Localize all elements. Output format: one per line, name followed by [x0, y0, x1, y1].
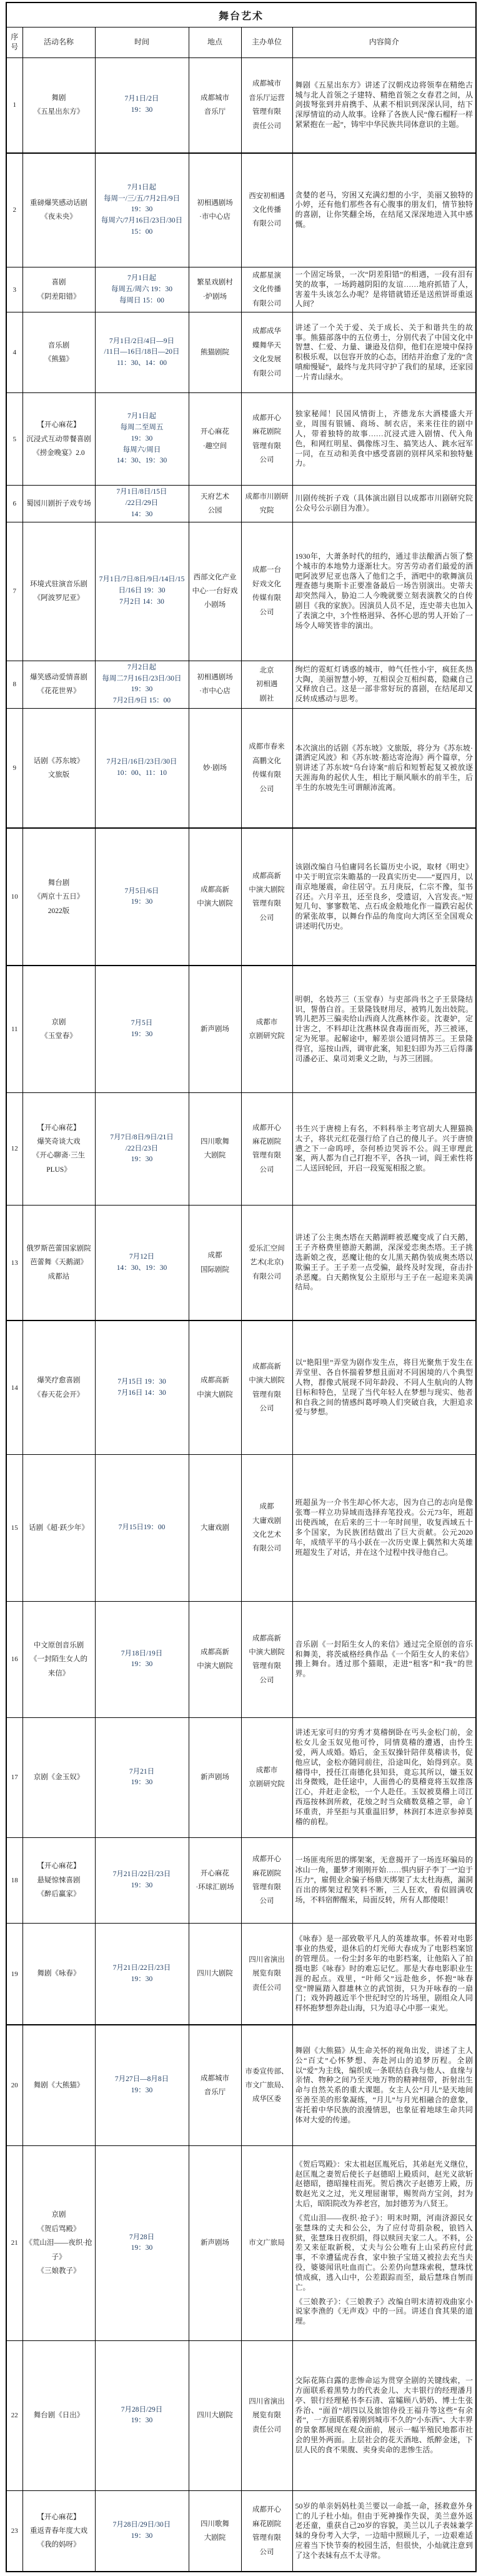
time-cell: 7月28日 19：30: [95, 2145, 189, 2340]
summary-cell: 《贺后骂殿》：宋太祖赵匡胤死后，其弟赵光义继位，赵匡胤之妻贺后使长子赵德昭上殿质…: [292, 2145, 476, 2340]
table-row: 22舞台剧《日出》7月28日/29日 19：30四川大剧院四川省演出 展览有限 …: [6, 2340, 476, 2490]
summary-cell: 川剧传统折子戏（具体演出剧目以成都市川剧研究院公众号公示剧目为准）。: [292, 486, 476, 522]
organizer-cell: 成都市春来 高鹏文化 传媒有限 公司: [241, 708, 292, 828]
organizer-cell: 成都成华 蝶舞华天 文化发展 有限公司: [241, 312, 292, 393]
activity-name-cell: 蜀园川剧折子戏专场: [22, 486, 95, 522]
organizer-cell: 成都高新 中演大剧院 管理有限 公司: [241, 1601, 292, 1717]
time-cell: 7月18日/19日 19：30: [95, 1601, 189, 1717]
summary-paragraph: 舞剧《五星出东方》讲述了汉朝戍边将领奉在精绝古城与北人首领之子建特、精绝首领之女…: [295, 81, 474, 130]
summary-paragraph: 以“艳阳里”弄堂为剧作发生点，将目光聚焦于发生在弄堂里、各自怀揣着梦想且面对不同…: [295, 1358, 474, 1417]
venue-cell: 成都 国际剧院: [189, 1205, 241, 1320]
organizer-cell: 成都市 京剧研究院: [241, 966, 292, 1092]
row-no-cell: 18: [6, 1837, 22, 1923]
activity-name-cell: 舞剧 《五星出东方》: [22, 58, 95, 153]
row-no-cell: 6: [6, 486, 22, 522]
organizer-cell: 成都开心 麻花剧院 管理有限 公司: [241, 1092, 292, 1205]
activity-name-cell: 爆笑感动爱情喜剧 《花花世界》: [22, 661, 95, 708]
table-row: 13俄罗斯芭蕾国家剧院 芭蕾舞《天鹅湖》 成都站7月12日 14：30、19：3…: [6, 1205, 476, 1320]
row-no-cell: 16: [6, 1601, 22, 1717]
summary-cell: 书生兴于唐榜上有名，不料科举主考官胡大人狸猫换太子，将状元红花强行给了自己的傻儿…: [292, 1092, 476, 1205]
column-header-name: 活动名称: [22, 27, 95, 58]
table-row: 6蜀园川剧折子戏专场7月1日/8日/15日 /22日/29日 14：30天府艺术…: [6, 486, 476, 522]
row-no-cell: 11: [6, 966, 22, 1092]
venue-cell: 初相遇剧场 ·市中心店: [189, 153, 241, 267]
venue-cell: 新声剧场: [189, 1717, 241, 1837]
summary-cell: 《咏春》是一部致敬平凡人的英雄故事。怀着对电影事业的热爱，退休后的灯光师大春成为…: [292, 1923, 476, 2025]
venue-cell: 天府艺术 公园: [189, 486, 241, 522]
row-no-cell: 22: [6, 2340, 22, 2490]
time-cell: 7月15日 19：30 7月16日 14：30: [95, 1320, 189, 1454]
venue-cell: 成都高新 中演大剧院: [189, 828, 241, 966]
table-row: 11京剧 《玉堂春》7月5日 19：30新声剧场成都市 京剧研究院明朝，名妓苏三…: [6, 966, 476, 1092]
activity-name-cell: 音乐剧 《熊猫》: [22, 312, 95, 393]
organizer-cell: 四川省演出 展览有限 责任公司: [241, 1923, 292, 2025]
organizer-cell: 成都城市 音乐厅运营 管理有限 责任公司: [241, 58, 292, 153]
organizer-cell: 成都一台 好戏文化 传媒有限 公司: [241, 522, 292, 661]
summary-paragraph: 一场匪夷所思的绑架案，无意揭开了一场连环骗局的冰山一角，噩梦才刚刚开始……惧内厨…: [295, 1855, 474, 1905]
summary-paragraph: 《贺后骂殿》：宋太祖赵匡胤死后，其弟赵光义继位，赵匡胤之妻贺后使长子赵德昭上殿质…: [295, 2160, 474, 2209]
summary-paragraph: 本次演出的话剧《苏东坡》文旅版，将分为《苏东坡·潇洒定风波》和《苏东坡·豁达寄沧…: [295, 744, 474, 793]
column-header-no: 序号: [6, 27, 22, 58]
venue-cell: 大庸戏剧: [189, 1454, 241, 1601]
venue-cell: 西部文化产业 中心·一台好戏 小剧场: [189, 522, 241, 661]
column-header-venue: 地点: [189, 27, 241, 58]
summary-paragraph: 贪婪的老马，穷困又充满幻想的小宇，美丽又独特的小婷，还有他们那些各有心腹事的朋友…: [295, 191, 474, 230]
activity-name-cell: 话剧《超·跃少年》: [22, 1454, 95, 1601]
venue-cell: 妙·剧场: [189, 708, 241, 828]
summary-paragraph: 书生兴于唐榜上有名，不料科举主考官胡大人狸猫换太子，将状元红花强行给了自己的傻儿…: [295, 1124, 474, 1174]
organizer-cell: 西安初相遇 文化传播 有限公司: [241, 153, 292, 267]
page-title: 舞台艺术: [6, 2, 476, 27]
stage-art-table: 舞台艺术 序号 活动名称 时间 地点 主办单位 内容简介 1舞剧 《五星出东方》…: [6, 2, 477, 2572]
column-header-row: 序号 活动名称 时间 地点 主办单位 内容简介: [6, 27, 476, 58]
summary-cell: 独家秘闻！民国风情街上，齐德龙东大酒楼盛大开业，周围有银铺、商场、制衣店，来来往…: [292, 393, 476, 486]
row-no-cell: 17: [6, 1717, 22, 1837]
summary-cell: 交际花陈白露的悲惨命运为贯穿全剧的关键线索，一方面联系着黑势力的代表金儿、大丰银…: [292, 2340, 476, 2490]
summary-paragraph: 班超虽为一介书生却心怀大志，因为自己的志向是像张骞一样立功异域而选择弃笔投戎。公…: [295, 1498, 474, 1557]
summary-paragraph: 讲述了一个关于爱、关于成长、关于和谐共生的故事。熊猫部落中的五位勇士，分别代表了…: [295, 323, 474, 382]
organizer-cell: 四川省演出 展览有限 责任公司: [241, 2340, 292, 2490]
summary-paragraph: 讲述无家可归的穷秀才莫稽倒卧在丐头金松门前，金松女儿金玉奴见他可怜，同情莫稽的遭…: [295, 1728, 474, 1827]
summary-cell: 班超虽为一介书生却心怀大志，因为自己的志向是像张骞一样立功异域而选择弃笔投戎。公…: [292, 1454, 476, 1601]
column-header-summary: 内容简介: [292, 27, 476, 58]
time-cell: 7月12日 14：30、19：30: [95, 1205, 189, 1320]
summary-paragraph: 明朝，名妓苏三（玉堂春）与吏部尚书之子王景隆结识，誓偕白首。王景隆钱财用尽，被鸨…: [295, 995, 474, 1064]
activity-name-cell: 舞剧《大熊猫》: [22, 2025, 95, 2145]
organizer-cell: 爱乐汇空间 艺术(北京) 有限公司: [241, 1205, 292, 1320]
summary-paragraph: 《三娘教子》：《三娘教子》改编自明末清初戏曲家小说家李渔的《无声戏》中的一回。讲…: [295, 2297, 474, 2327]
summary-cell: 1930年，大萧条时代的纽约，通过非法酿酒占领了整个城市的本地势力逐渐壮大。穷苦…: [292, 522, 476, 661]
activity-name-cell: 中文原创音乐剧 《一封陌生女人的 来信》: [22, 1601, 95, 1717]
summary-paragraph: 一个固定场景，一次“阴差阳错”的相遇，一段有泪有笑的故事，一场跨越阴阳的友谊………: [295, 270, 474, 309]
summary-cell: 讲述了一个关于爱、关于成长、关于和谐共生的故事。熊猫部落中的五位勇士，分别代表了…: [292, 312, 476, 393]
table-row: 20舞剧《大熊猫》7月27日—8月8日 19：30成都城市 音乐厅市委宣传部、 …: [6, 2025, 476, 2145]
table-row: 19舞剧《咏春》7月21日/22日/23日 19：30四川大剧院四川省演出 展览…: [6, 1923, 476, 2025]
table-row: 3喜剧 《阴差阳错》7月1日起 每周五/周六 19：30 每周日 15：00繁星…: [6, 267, 476, 312]
activity-name-cell: 舞台剧《日出》: [22, 2340, 95, 2490]
summary-cell: 一个固定场景，一次“阴差阳错”的相遇，一段有泪有笑的故事，一场跨越阴阳的友谊………: [292, 267, 476, 312]
time-cell: 7月21日/22日/23日 19：30: [95, 1837, 189, 1923]
time-cell: 7月1日/7日/8日/9日/14日/15日/16日 19：30 7月2日 14：…: [95, 522, 189, 661]
organizer-cell: 成都 大庸戏剧 文化艺术 有限公司: [241, 1454, 292, 1601]
venue-cell: 成都高新 中演大剧院: [189, 1601, 241, 1717]
time-cell: 7月27日—8月8日 19：30: [95, 2025, 189, 2145]
time-cell: 7月1日/2日 19：30: [95, 58, 189, 153]
table-row: 4音乐剧 《熊猫》7月1日/2日/4日—9日 /11日—16日/18日—20日1…: [6, 312, 476, 393]
summary-cell: 该剧改编自马伯庸同名长篇历史小说，取材《明史》中关于明宣宗朱瞻基的一段真实历史—…: [292, 828, 476, 966]
venue-cell: 四川大剧院: [189, 1923, 241, 2025]
time-cell: 7月5日 19：30: [95, 966, 189, 1092]
summary-cell: 讲述了公主奥杰塔在天鹅湖畔被恶魔变成了白天鹅，王子齐格费里德游天鹅湖，深深爱恋奥…: [292, 1205, 476, 1320]
summary-paragraph: 音乐剧《一封陌生女人的来信》通过完全原创的音乐和舞美，将茨威格经典作品《一个陌生…: [295, 1640, 474, 1679]
organizer-cell: 成都开心 麻花剧院 管理有限 公司: [241, 1837, 292, 1923]
activity-name-cell: 重磅爆笑感动话剧 《夜未央》: [22, 153, 95, 267]
venue-cell: 四川大剧院: [189, 2340, 241, 2490]
time-cell: 7月1日/2日/4日—9日 /11日—16日/18日—20日11：30、14：0…: [95, 312, 189, 393]
summary-paragraph: 《咏春》是一部致敬平凡人的英雄故事。怀着对电影事业的热爱，退休后的灯光师大春成为…: [295, 1934, 474, 2014]
table-row: 5【开心麻花】 沉浸式互动带餐喜剧 《捞金晚宴》2.07月1日起 每周二至周五 …: [6, 393, 476, 486]
time-cell: 7月1日起 每周五/周六 19：30 每周日 15：00: [95, 267, 189, 312]
summary-paragraph: 50岁的单亲妈妈杜美兰要以一命抵一命，拯救意外身亡的儿子杜小灿。但由于死神操作失…: [295, 2502, 474, 2561]
time-cell: 7月1日/8日/15日 /22日/29日 14：30: [95, 486, 189, 522]
row-no-cell: 15: [6, 1454, 22, 1601]
column-header-time: 时间: [95, 27, 189, 58]
venue-cell: 新声剧场: [189, 2145, 241, 2340]
summary-cell: 绚烂的霓虹灯诱惑的城市，帅气任性小宇，疯狂炙热大陶，美丽智慧小婷，互相误会互相纠…: [292, 661, 476, 708]
time-cell: 7月2日/16日/23日/30日 10：00、11：10: [95, 708, 189, 828]
summary-paragraph: 1930年，大萧条时代的纽约，通过非法酿酒占领了整个城市的本地势力逐渐壮大。穷苦…: [295, 552, 474, 631]
activity-name-cell: 【开心麻花】 爆笑奇谈大戏 《开心聊斋·三生PLUS》: [22, 1092, 95, 1205]
activity-name-cell: 喜剧 《阴差阳错》: [22, 267, 95, 312]
time-cell: 7月5日/6日 19：30: [95, 828, 189, 966]
venue-cell: 开心麻花 ·环球汇剧场: [189, 1837, 241, 1923]
row-no-cell: 13: [6, 1205, 22, 1320]
row-no-cell: 21: [6, 2145, 22, 2340]
summary-paragraph: 讲述了公主奥杰塔在天鹅湖畔被恶魔变成了白天鹅，王子齐格费里德游天鹅湖，深深爱恋奥…: [295, 1233, 474, 1292]
row-no-cell: 8: [6, 661, 22, 708]
table-row: 14爆笑疗愈喜剧 《春天花会开》7月15日 19：30 7月16日 14：30成…: [6, 1320, 476, 1454]
organizer-cell: 北京 初相遇 剧社: [241, 661, 292, 708]
activity-name-cell: 京剧 《贺后骂殿》 《荒山泪——夜织·抢子》 《三娘教子》: [22, 2145, 95, 2340]
time-cell: 7月7日/8日/9日/21日 /22日/23日 19：30: [95, 1092, 189, 1205]
activity-name-cell: 京剧 《玉堂春》: [22, 966, 95, 1092]
document-page: 舞台艺术 序号 活动名称 时间 地点 主办单位 内容简介 1舞剧 《五星出东方》…: [0, 0, 481, 2576]
summary-cell: 舞剧《大熊猫》从生命关怀的视角出发，讲述了主人公“百丈”心怀梦想、奔赴河山的追梦…: [292, 2025, 476, 2145]
row-no-cell: 9: [6, 708, 22, 828]
time-cell: 7月28日/29日 19：30: [95, 2340, 189, 2490]
activity-name-cell: 舞台剧 《两京十五日》 2022版: [22, 828, 95, 966]
row-no-cell: 20: [6, 2025, 22, 2145]
time-cell: 7月1日起 每周二至周五 19：30 每周六/周日 14：30、19：30: [95, 393, 189, 486]
table-row: 21京剧 《贺后骂殿》 《荒山泪——夜织·抢子》 《三娘教子》7月28日 19：…: [6, 2145, 476, 2340]
table-row: 16中文原创音乐剧 《一封陌生女人的 来信》7月18日/19日 19：30成都高…: [6, 1601, 476, 1717]
time-cell: 7月21日/22日/23日 19：30: [95, 1923, 189, 2025]
time-cell: 7月2日起 每周二7月16日/23日/30日 19：30 7月2日/9日 15：…: [95, 661, 189, 708]
row-no-cell: 3: [6, 267, 22, 312]
activity-name-cell: 话剧《苏东坡》 文旅版: [22, 708, 95, 828]
organizer-cell: 市文广旅局: [241, 2145, 292, 2340]
venue-cell: 成都城市 音乐厅: [189, 58, 241, 153]
summary-cell: 明朝，名妓苏三（玉堂春）与吏部尚书之子王景隆结识，誓偕白首。王景隆钱财用尽，被鸨…: [292, 966, 476, 1092]
table-row: 17京剧《金玉奴》7月21日 19：30新声剧场成都市 京剧研究院讲述无家可归的…: [6, 1717, 476, 1837]
table-row: 15话剧《超·跃少年》7月15日19：00大庸戏剧成都 大庸戏剧 文化艺术 有限…: [6, 1454, 476, 1601]
summary-cell: 本次演出的话剧《苏东坡》文旅版，将分为《苏东坡·潇洒定风波》和《苏东坡·豁达寄沧…: [292, 708, 476, 828]
row-no-cell: 14: [6, 1320, 22, 1454]
organizer-cell: 成都开心 麻花剧院 管理有限 公司: [241, 393, 292, 486]
row-no-cell: 12: [6, 1092, 22, 1205]
summary-cell: 贪婪的老马，穷困又充满幻想的小宇，美丽又独特的小婷，还有他们那些各有心腹事的朋友…: [292, 153, 476, 267]
organizer-cell: 成都市 京剧研究院: [241, 1717, 292, 1837]
row-no-cell: 19: [6, 1923, 22, 2025]
row-no-cell: 7: [6, 522, 22, 661]
summary-paragraph: 川剧传统折子戏（具体演出剧目以成都市川剧研究院公众号公示剧目为准）。: [295, 494, 474, 514]
summary-paragraph: 独家秘闻！民国风情街上，齐德龙东大酒楼盛大开业，周围有银铺、商场、制衣店，来来往…: [295, 409, 474, 469]
organizer-cell: 成都市川剧研究院: [241, 486, 292, 522]
summary-cell: 讲述无家可归的穷秀才莫稽倒卧在丐头金松门前，金松女儿金玉奴见他可怜，同情莫稽的遭…: [292, 1717, 476, 1837]
table-row: 8爆笑感动爱情喜剧 《花花世界》7月2日起 每周二7月16日/23日/30日 1…: [6, 661, 476, 708]
time-cell: 7月15日19：00: [95, 1454, 189, 1601]
activity-name-cell: 【开心麻花】 沉浸式互动带餐喜剧 《捞金晚宴》2.0: [22, 393, 95, 486]
table-head: 舞台艺术 序号 活动名称 时间 地点 主办单位 内容简介: [6, 2, 476, 58]
time-cell: 7月21日 19：30: [95, 1717, 189, 1837]
organizer-cell: 成都高新 中演大剧院 管理有限 公司: [241, 1320, 292, 1454]
row-no-cell: 1: [6, 58, 22, 153]
summary-cell: 音乐剧《一封陌生女人的来信》通过完全原创的音乐和舞美，将茨威格经典作品《一个陌生…: [292, 1601, 476, 1717]
activity-name-cell: 俄罗斯芭蕾国家剧院 芭蕾舞《天鹅湖》 成都站: [22, 1205, 95, 1320]
activity-name-cell: 环境式驻演音乐剧 《阿波罗尼亚》: [22, 522, 95, 661]
row-no-cell: 5: [6, 393, 22, 486]
venue-cell: 成都城市 音乐厅: [189, 2025, 241, 2145]
venue-cell: 新声剧场: [189, 966, 241, 1092]
table-row: 1舞剧 《五星出东方》7月1日/2日 19：30成都城市 音乐厅成都城市 音乐厅…: [6, 58, 476, 153]
summary-cell: 以“艳阳里”弄堂为剧作发生点，将目光聚焦于发生在弄堂里、各自怀揣着梦想且面对不同…: [292, 1320, 476, 1454]
activity-name-cell: 爆笑疗愈喜剧 《春天花会开》: [22, 1320, 95, 1454]
table-row: 18【开心麻花】 悬疑惊悚喜剧 《醉后赢家》7月21日/22日/23日 19：3…: [6, 1837, 476, 1923]
venue-cell: 熊猫剧院: [189, 312, 241, 393]
row-no-cell: 10: [6, 828, 22, 966]
table-row: 2重磅爆笑感动话剧 《夜未央》7月1日起 每周一/三/五/7月2日/9日19：3…: [6, 153, 476, 267]
venue-cell: 初相遇剧场 ·市中心店: [189, 661, 241, 708]
table-row: 7环境式驻演音乐剧 《阿波罗尼亚》7月1日/7日/8日/9日/14日/15日/1…: [6, 522, 476, 661]
venue-cell: 成都高新 中演大剧院: [189, 1320, 241, 1454]
activity-name-cell: 【开心麻花】 悬疑惊悚喜剧 《醉后赢家》: [22, 1837, 95, 1923]
organizer-cell: 市委宣传部、 市文广旅局、 成华区委: [241, 2025, 292, 2145]
table-row: 12【开心麻花】 爆笑奇谈大戏 《开心聊斋·三生PLUS》7月7日/8日/9日/…: [6, 1092, 476, 1205]
organizer-cell: 成都高新 中演大剧院 管理有限 公司: [241, 828, 292, 966]
venue-cell: 繁星戏剧村 ·炉剧场: [189, 267, 241, 312]
summary-paragraph: 《荒山泪——夜织·抢子》：明末时期，河南济源民女张慧珠的丈夫和公公，为了应付苛捐…: [295, 2214, 474, 2293]
table-body: 1舞剧 《五星出东方》7月1日/2日 19：30成都城市 音乐厅成都城市 音乐厅…: [6, 58, 476, 2572]
summary-paragraph: 舞剧《大熊猫》从生命关怀的视角出发，讲述了主人公“百丈”心怀梦想、奔赴河山的追梦…: [295, 2046, 474, 2125]
summary-paragraph: 绚烂的霓虹灯诱惑的城市，帅气任性小宇，疯狂炙热大陶，美丽智慧小婷，互相误会互相纠…: [295, 665, 474, 704]
title-row: 舞台艺术: [6, 2, 476, 27]
column-header-organizer: 主办单位: [241, 27, 292, 58]
venue-cell: 开心麻花 ·趣空间: [189, 393, 241, 486]
summary-paragraph: 该剧改编自马伯庸同名长篇历史小说，取材《明史》中关于明宣宗朱瞻基的一段真实历史—…: [295, 862, 474, 932]
time-cell: 7月1日起 每周一/三/五/7月2日/9日19：30 每周六/7月16日/23日…: [95, 153, 189, 267]
activity-name-cell: 京剧《金玉奴》: [22, 1717, 95, 1837]
venue-cell: 四川歌舞 大剧院: [189, 1092, 241, 1205]
summary-cell: 舞剧《五星出东方》讲述了汉朝戍边将领奉在精绝古城与北人首领之子建特、精绝首领之女…: [292, 58, 476, 153]
activity-name-cell: 舞剧《咏春》: [22, 1923, 95, 2025]
table-row: 9话剧《苏东坡》 文旅版7月2日/16日/23日/30日 10：00、11：10…: [6, 708, 476, 828]
row-no-cell: 4: [6, 312, 22, 393]
table-row: 10舞台剧 《两京十五日》 2022版7月5日/6日 19：30成都高新 中演大…: [6, 828, 476, 966]
summary-paragraph: 交际花陈白露的悲惨命运为贯穿全剧的关键线索，一方面联系着黑势力的代表金儿、大丰银…: [295, 2376, 474, 2455]
summary-cell: 一场匪夷所思的绑架案，无意揭开了一场连环骗局的冰山一角，噩梦才刚刚开始……惧内厨…: [292, 1837, 476, 1923]
row-no-cell: 2: [6, 153, 22, 267]
organizer-cell: 成都星演 文化传播 有限公司: [241, 267, 292, 312]
